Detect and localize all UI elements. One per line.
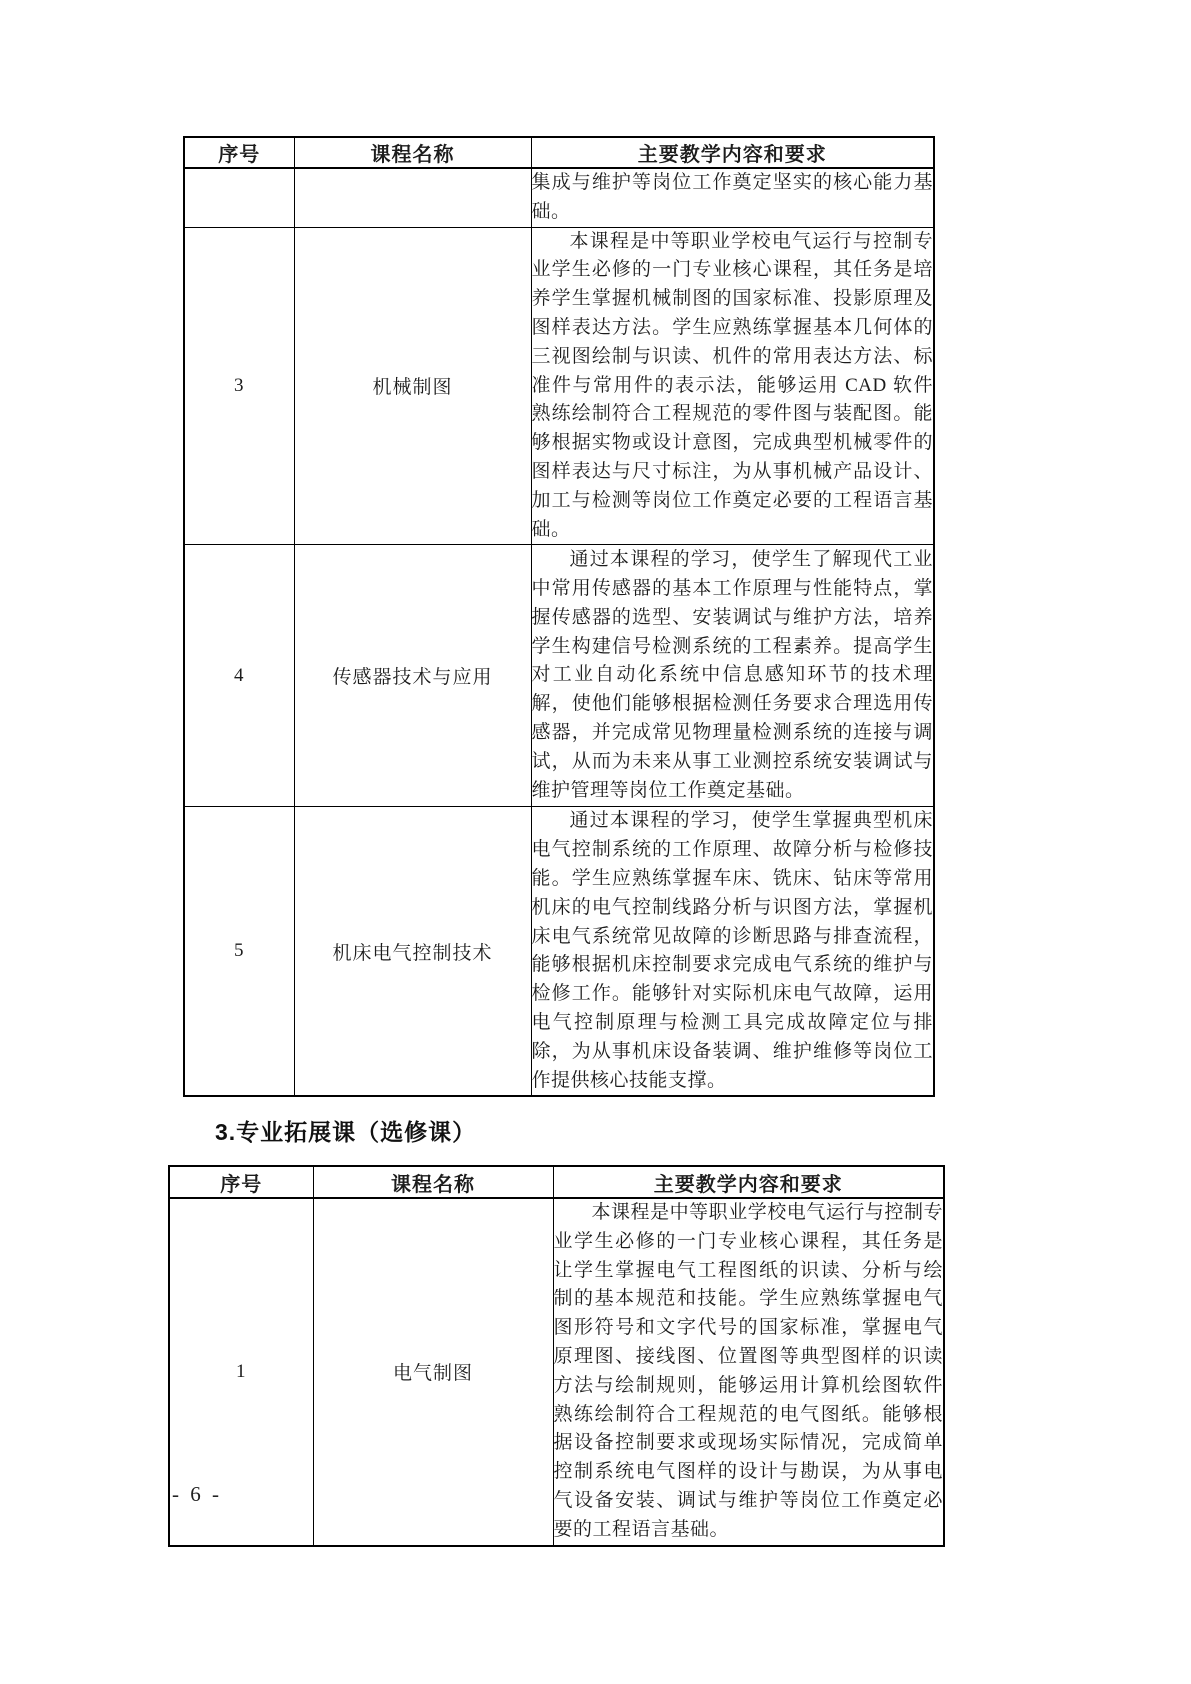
course-name-cell: 机械制图 [294,227,531,545]
course-content-paragraph: 通过本课程的学习，使学生掌握典型机床电气控制系统的工作原理、故障分析与检修技能。… [532,807,934,1095]
row-number-cell: 3 [184,227,294,545]
course-content-cell: 本课程是中等职业学校电气运行与控制专业学生必修的一门专业核心课程，其任务是让学生… [553,1198,944,1546]
course-name-cell: 传感器技术与应用 [294,545,531,807]
section-heading-elective-courses: 3.专业拓展课（选修课） [215,1114,476,1147]
table-row-sensor-technology: 4 传感器技术与应用 通过本课程的学习，使学生了解现代工业中常用传感器的基本工作… [184,545,934,807]
course-content-paragraph: 本课程是中等职业学校电气运行与控制专业学生必修的一门专业核心课程，其任务是让学生… [554,1199,944,1545]
table-row-machine-tool-electrical-control: 5 机床电气控制技术 通过本课程的学习，使学生掌握典型机床电气控制系统的工作原理… [184,807,934,1096]
table-row-continuation: 集成与维护等岗位工作奠定坚实的核心能力基础。 [184,168,934,227]
header-cell-course-name: 课程名称 [294,137,531,168]
course-name-cell [294,168,531,227]
elective-course-table: 序号 课程名称 主要教学内容和要求 1 电气制图 本课程是中等职业学校电气运行与… [168,1165,945,1547]
row-number-cell: 5 [184,807,294,1096]
row-number-cell [184,168,294,227]
header-cell-content: 主要教学内容和要求 [553,1166,944,1198]
table-row-mechanical-drawing: 3 机械制图 本课程是中等职业学校电气运行与控制专业学生必修的一门专业核心课程，… [184,227,934,545]
course-content-paragraph: 集成与维护等岗位工作奠定坚实的核心能力基础。 [532,169,934,227]
course-name-cell: 机床电气控制技术 [294,807,531,1096]
course-content-cell: 本课程是中等职业学校电气运行与控制专业学生必修的一门专业核心课程，其任务是培养学… [531,227,934,545]
header-cell-number: 序号 [169,1166,313,1198]
header-cell-number: 序号 [184,137,294,168]
table-header-row: 序号 课程名称 主要教学内容和要求 [184,137,934,168]
course-content-paragraph: 本课程是中等职业学校电气运行与控制专业学生必修的一门专业核心课程，其任务是培养学… [532,228,934,545]
course-name-cell: 电气制图 [313,1198,553,1546]
course-content-cell: 集成与维护等岗位工作奠定坚实的核心能力基础。 [531,168,934,227]
header-cell-course-name: 课程名称 [313,1166,553,1198]
course-content-cell: 通过本课程的学习，使学生了解现代工业中常用传感器的基本工作原理与性能特点，掌握传… [531,545,934,807]
course-content-cell: 通过本课程的学习，使学生掌握典型机床电气控制系统的工作原理、故障分析与检修技能。… [531,807,934,1096]
table-header-row: 序号 课程名称 主要教学内容和要求 [169,1166,944,1198]
course-content-paragraph: 通过本课程的学习，使学生了解现代工业中常用传感器的基本工作原理与性能特点，掌握传… [532,546,934,805]
header-cell-content: 主要教学内容和要求 [531,137,934,168]
document-page: 序号 课程名称 主要教学内容和要求 集成与维护等岗位工作奠定坚实的核心能力基础。… [0,0,1191,1684]
page-number: - 6 - [172,1482,222,1507]
core-course-table: 序号 课程名称 主要教学内容和要求 集成与维护等岗位工作奠定坚实的核心能力基础。… [183,136,935,1097]
table-row-electrical-drawing: 1 电气制图 本课程是中等职业学校电气运行与控制专业学生必修的一门专业核心课程，… [169,1198,944,1546]
row-number-cell: 4 [184,545,294,807]
